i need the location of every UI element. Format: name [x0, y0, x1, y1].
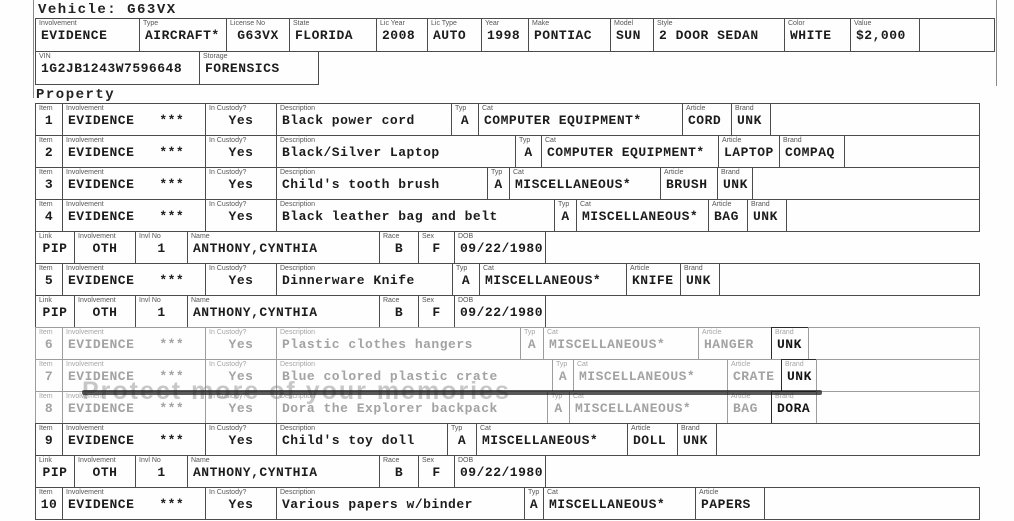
field-label-invl-no: Invl No — [136, 296, 187, 305]
field-involvement: InvolvementEVIDENCE *** — [62, 327, 206, 360]
field-label-involvement: Involvement — [63, 104, 205, 113]
field-style: Style2 DOOR SEDAN — [653, 18, 785, 52]
field-value-cat: MISCELLANEOUS* — [544, 497, 695, 513]
field-involvement: InvolvementEVIDENCE *** — [62, 263, 206, 296]
field-value-typ: A — [452, 113, 478, 129]
field-article: ArticleBAG — [708, 199, 748, 232]
item-row-5: Item5InvolvementEVIDENCE ***In Custody?Y… — [35, 263, 980, 296]
field-value-make: PONTIAC — [529, 28, 610, 44]
field-label-description: Description — [277, 136, 515, 145]
field-label-description: Description — [277, 424, 447, 433]
field-value-description: Plastic clothes hangers — [277, 337, 520, 353]
field-make: MakePONTIAC — [528, 18, 611, 52]
field-label-description: Description — [277, 264, 452, 273]
field-value-invl-no: 1 — [136, 241, 187, 257]
property-table: Item1InvolvementEVIDENCE ***In Custody?Y… — [35, 103, 980, 520]
field-label-article: Article — [699, 328, 771, 337]
field-brand: BrandUNK — [771, 327, 809, 360]
field-label-dob: DOB — [455, 296, 545, 305]
field-custody: In Custody?Yes — [205, 423, 277, 456]
field-value-year: 1998 — [482, 28, 528, 44]
field-label-vin: VIN — [36, 52, 199, 61]
field-invl-no: Invl No1 — [135, 295, 188, 328]
field-label-link: Link — [36, 296, 74, 305]
field-label-brand: Brand — [681, 264, 719, 273]
field-label-custody: In Custody? — [206, 360, 276, 369]
field-value-involvement: OTH — [75, 241, 135, 257]
field-brand: BrandUNK — [680, 263, 720, 296]
field-label-cat: Cat — [544, 488, 695, 497]
right-margin-line — [996, 0, 997, 86]
field-label-description: Description — [277, 168, 487, 177]
field-value-link: PIP — [36, 465, 74, 481]
item-row-4: Item4InvolvementEVIDENCE ***In Custody?Y… — [35, 199, 980, 232]
field-label-article: Article — [728, 360, 781, 369]
field-article: ArticleDOLL — [627, 423, 678, 456]
field-involvement: InvolvementOTH — [74, 295, 136, 328]
field-label-fill — [753, 168, 979, 177]
field-value-item: 3 — [36, 177, 62, 193]
field-item: Item9 — [35, 423, 63, 456]
field-value-typ: A — [525, 497, 543, 513]
field-label-typ: Typ — [525, 488, 543, 497]
field-label-cat: Cat — [479, 104, 682, 113]
field-color: ColorWHITE — [784, 18, 851, 52]
field-value-license-no: G63VX — [227, 28, 289, 44]
link-row-1: LinkPIPInvolvementOTHInvl No1NameANTHONY… — [35, 231, 980, 264]
field-cat: CatCOMPUTER EQUIPMENT* — [478, 103, 683, 136]
field-label-article: Article — [627, 264, 680, 273]
field-label-item: Item — [36, 168, 62, 177]
field-label-typ: Typ — [448, 424, 476, 433]
field-value-item: 1 — [36, 113, 62, 129]
field-item: Item1 — [35, 103, 63, 136]
field-label-fill — [765, 488, 979, 497]
field-involvement: InvolvementOTH — [74, 231, 136, 264]
field-value-article: CORD — [683, 113, 731, 129]
field-value-brand: UNK — [681, 273, 719, 289]
field-article: ArticleBRUSH — [660, 167, 718, 200]
field-fill — [844, 135, 980, 168]
item-row-1: Item1InvolvementEVIDENCE ***In Custody?Y… — [35, 103, 980, 136]
field-brand: BrandUNK — [731, 103, 771, 136]
field-value-involvement: EVIDENCE *** — [63, 145, 205, 161]
field-label-item: Item — [36, 104, 62, 113]
field-label-cat: Cat — [510, 168, 660, 177]
field-label-item: Item — [36, 200, 62, 209]
field-label-state: State — [290, 19, 376, 28]
field-value-brand: UNK — [732, 113, 770, 129]
field-dob: DOB09/22/1980 — [454, 295, 546, 328]
field-label-model: Model — [611, 19, 653, 28]
field-year: Year1998 — [481, 18, 529, 52]
field-value-involvement: EVIDENCE *** — [63, 177, 205, 193]
field-fill — [719, 263, 980, 296]
field-label-storage: Storage — [200, 52, 318, 61]
field-value-cat: COMPUTER EQUIPMENT* — [479, 113, 682, 129]
field-label-involvement: Involvement — [75, 296, 135, 305]
field-label-typ: Typ — [453, 264, 479, 273]
field-brand: BrandUNK — [747, 199, 787, 232]
field-value-name: ANTHONY,CYNTHIA — [188, 305, 379, 321]
field-value-item: 8 — [36, 401, 62, 417]
field-label-article: Article — [628, 424, 677, 433]
field-label-custody: In Custody? — [206, 200, 276, 209]
field-label-involvement: Involvement — [63, 328, 205, 337]
field-value-involvement: EVIDENCE — [36, 28, 139, 44]
item-row-10: Item10InvolvementEVIDENCE ***In Custody?… — [35, 487, 980, 520]
field-label-cat: Cat — [477, 424, 627, 433]
field-value-involvement: EVIDENCE *** — [63, 113, 205, 129]
row-spacer — [546, 295, 980, 328]
field-dob: DOB09/22/1980 — [454, 455, 546, 488]
field-item: Item5 — [35, 263, 63, 296]
field-label-typ: Typ — [516, 136, 541, 145]
field-description: DescriptionChild's toy doll — [276, 423, 448, 456]
field-value-description: Child's tooth brush — [277, 177, 487, 193]
field-value-article: LAPTOP — [719, 145, 779, 161]
field-involvement: InvolvementOTH — [74, 455, 136, 488]
field-value-item: 6 — [36, 337, 62, 353]
field-typ: TypA — [452, 263, 480, 296]
field-typ: TypA — [487, 167, 510, 200]
field-label-fill — [717, 424, 979, 433]
field-value-brand: UNK — [718, 177, 752, 193]
field-label-race: Race — [380, 232, 418, 241]
field-race: RaceB — [379, 231, 419, 264]
field-fill — [919, 18, 995, 52]
field-item: Item3 — [35, 167, 63, 200]
field-label-involvement: Involvement — [63, 360, 205, 369]
field-value-involvement: OTH — [75, 305, 135, 321]
field-brand: BrandCOMPAQ — [779, 135, 845, 168]
field-label-color: Color — [785, 19, 850, 28]
field-value-lic-year: 2008 — [377, 28, 427, 44]
field-label-article: Article — [709, 200, 747, 209]
field-label-fill — [817, 360, 979, 369]
field-description: DescriptionPlastic clothes hangers — [276, 327, 521, 360]
field-value-custody: Yes — [206, 433, 276, 449]
field-label-year: Year — [482, 19, 528, 28]
field-value-type: AIRCRAFT* — [140, 28, 226, 44]
row-spacer — [546, 231, 980, 264]
row-spacer — [319, 51, 995, 85]
field-label-fill — [809, 328, 979, 337]
field-value-color: WHITE — [785, 28, 850, 44]
field-label-item: Item — [36, 392, 62, 401]
field-value-item: 4 — [36, 209, 62, 225]
field-fill — [770, 103, 980, 136]
field-label-link: Link — [36, 232, 74, 241]
field-typ: TypA — [451, 103, 479, 136]
field-label-involvement: Involvement — [36, 19, 139, 28]
field-sex: SexF — [418, 231, 455, 264]
field-label-cat: Cat — [577, 200, 708, 209]
field-value-sex: F — [419, 241, 454, 257]
field-label-brand: Brand — [782, 360, 816, 369]
field-lic-year: Lic Year2008 — [376, 18, 428, 52]
field-label-license-no: License No — [227, 19, 289, 28]
field-state: StateFLORIDA — [289, 18, 377, 52]
field-brand: BrandUNK — [717, 167, 753, 200]
field-label-involvement: Involvement — [75, 456, 135, 465]
field-article: ArticlePAPERS — [695, 487, 765, 520]
field-value-race: B — [380, 305, 418, 321]
item-row-9: Item9InvolvementEVIDENCE ***In Custody?Y… — [35, 423, 980, 456]
field-custody: In Custody?Yes — [205, 167, 277, 200]
vehicle-row-vin: VIN1G2JB1243W7596648StorageFORENSICS — [35, 51, 995, 85]
field-value-custody: Yes — [206, 177, 276, 193]
left-margin-line — [33, 0, 34, 98]
field-value-involvement: EVIDENCE *** — [63, 337, 205, 353]
field-value-item: 5 — [36, 273, 62, 289]
field-value-description: Black power cord — [277, 113, 451, 129]
item-row-6: Item6InvolvementEVIDENCE ***In Custody?Y… — [35, 327, 980, 360]
vehicle-table: InvolvementEVIDENCETypeAIRCRAFT*License … — [35, 18, 995, 85]
field-label-typ: Typ — [553, 360, 573, 369]
field-value-article: HANGER — [699, 337, 771, 353]
field-label-cat: Cat — [542, 136, 718, 145]
field-label-item: Item — [36, 488, 62, 497]
scanned-evidence-report-page: Vehicle: G63VX InvolvementEVIDENCETypeAI… — [0, 0, 1014, 521]
field-item: Item6 — [35, 327, 63, 360]
item-row-2: Item2InvolvementEVIDENCE ***In Custody?Y… — [35, 135, 980, 168]
field-typ: TypA — [520, 327, 544, 360]
field-value-dob: 09/22/1980 — [455, 465, 545, 481]
field-value-typ: A — [488, 177, 509, 193]
field-name: NameANTHONY,CYNTHIA — [187, 295, 380, 328]
field-value-brand: UNK — [678, 433, 716, 449]
field-value-lic-type: AUTO — [428, 28, 481, 44]
field-item: Item8 — [35, 391, 63, 424]
field-label-sex: Sex — [419, 232, 454, 241]
field-sex: SexF — [418, 455, 455, 488]
field-label-name: Name — [188, 232, 379, 241]
field-value-dob: 09/22/1980 — [455, 241, 545, 257]
field-label-custody: In Custody? — [206, 488, 276, 497]
field-value-description: Child's toy doll — [277, 433, 447, 449]
field-value-involvement: EVIDENCE *** — [63, 209, 205, 225]
field-value-article: DOLL — [628, 433, 677, 449]
field-value-item: 7 — [36, 369, 62, 385]
photobucket-watermark: Protect more of your memories — [82, 377, 892, 406]
field-value-involvement: OTH — [75, 465, 135, 481]
field-label-custody: In Custody? — [206, 136, 276, 145]
field-label-brand: Brand — [718, 168, 752, 177]
field-vin: VIN1G2JB1243W7596648 — [35, 51, 200, 85]
field-value-dob: 09/22/1980 — [455, 305, 545, 321]
field-value-style: 2 DOOR SEDAN — [654, 28, 784, 44]
field-label-make: Make — [529, 19, 610, 28]
field-description: DescriptionBlack leather bag and belt — [276, 199, 555, 232]
property-section-title: Property — [36, 87, 115, 103]
field-label-race: Race — [380, 456, 418, 465]
field-label-custody: In Custody? — [206, 264, 276, 273]
field-value-value: $2,000 — [851, 28, 919, 44]
field-value-cat: COMPUTER EQUIPMENT* — [542, 145, 718, 161]
field-description: DescriptionChild's tooth brush — [276, 167, 488, 200]
field-value-description: Black leather bag and belt — [277, 209, 554, 225]
field-custody: In Custody?Yes — [205, 263, 277, 296]
field-description: DescriptionDinnerware Knife — [276, 263, 453, 296]
field-invl-no: Invl No1 — [135, 231, 188, 264]
field-article: ArticleCORD — [682, 103, 732, 136]
link-row-3: LinkPIPInvolvementOTHInvl No1NameANTHONY… — [35, 455, 980, 488]
field-label-type: Type — [140, 19, 226, 28]
field-value-typ: A — [516, 145, 541, 161]
field-label-involvement: Involvement — [75, 232, 135, 241]
field-cat: CatCOMPUTER EQUIPMENT* — [541, 135, 719, 168]
vehicle-row-main: InvolvementEVIDENCETypeAIRCRAFT*License … — [35, 18, 995, 52]
field-dob: DOB09/22/1980 — [454, 231, 546, 264]
field-value-cat: MISCELLANEOUS* — [544, 337, 698, 353]
field-race: RaceB — [379, 455, 419, 488]
field-cat: CatMISCELLANEOUS* — [576, 199, 709, 232]
field-label-article: Article — [661, 168, 717, 177]
field-cat: CatMISCELLANEOUS* — [543, 487, 696, 520]
field-value-involvement: EVIDENCE *** — [63, 273, 205, 289]
field-label-typ: Typ — [555, 200, 576, 209]
field-value-description: Various papers w/binder — [277, 497, 524, 513]
field-value-item: 2 — [36, 145, 62, 161]
field-item: Item2 — [35, 135, 63, 168]
field-label-description: Description — [277, 200, 554, 209]
field-value-custody: Yes — [206, 113, 276, 129]
field-label-involvement: Involvement — [63, 424, 205, 433]
field-custody: In Custody?Yes — [205, 199, 277, 232]
field-cat: CatMISCELLANEOUS* — [476, 423, 628, 456]
field-custody: In Custody?Yes — [205, 135, 277, 168]
field-label-custody: In Custody? — [206, 104, 276, 113]
item-row-3: Item3InvolvementEVIDENCE ***In Custody?Y… — [35, 167, 980, 200]
field-value-article: KNIFE — [627, 273, 680, 289]
field-value-brand: COMPAQ — [780, 145, 844, 161]
field-value-brand: UNK — [772, 337, 808, 353]
field-label-dob: DOB — [455, 232, 545, 241]
field-value-involvement: EVIDENCE *** — [63, 433, 205, 449]
field-value-race: B — [380, 465, 418, 481]
field-typ: TypA — [524, 487, 544, 520]
field-label-custody: In Custody? — [206, 424, 276, 433]
field-label-item: Item — [36, 360, 62, 369]
field-label-brand: Brand — [748, 200, 786, 209]
field-value-custody: Yes — [206, 497, 276, 513]
field-label-link: Link — [36, 456, 74, 465]
field-article: ArticleLAPTOP — [718, 135, 780, 168]
field-value-article: PAPERS — [696, 497, 764, 513]
field-description: DescriptionBlack/Silver Laptop — [276, 135, 516, 168]
field-value-cat: MISCELLANEOUS* — [510, 177, 660, 193]
field-fill — [716, 423, 980, 456]
field-label-value: Value — [851, 19, 919, 28]
field-value-model: SUN — [611, 28, 653, 44]
field-value-cat: MISCELLANEOUS* — [480, 273, 626, 289]
field-label-cat: Cat — [574, 360, 727, 369]
field-involvement: InvolvementEVIDENCE *** — [62, 487, 206, 520]
field-label-article: Article — [696, 488, 764, 497]
field-label-fill — [720, 264, 979, 273]
field-value-sex: F — [419, 465, 454, 481]
field-label-involvement: Involvement — [63, 200, 205, 209]
field-value-brand: UNK — [748, 209, 786, 225]
field-label-style: Style — [654, 19, 784, 28]
field-item: Item7 — [35, 359, 63, 392]
field-lic-type: Lic TypeAUTO — [427, 18, 482, 52]
field-label-fill — [845, 136, 979, 145]
field-value: Value$2,000 — [850, 18, 920, 52]
field-label-involvement: Involvement — [63, 488, 205, 497]
field-fill — [786, 199, 980, 232]
field-label-typ: Typ — [452, 104, 478, 113]
field-storage: StorageFORENSICS — [199, 51, 319, 85]
field-value-article: BAG — [709, 209, 747, 225]
field-label-name: Name — [188, 456, 379, 465]
field-value-cat: MISCELLANEOUS* — [477, 433, 627, 449]
field-label-sex: Sex — [419, 296, 454, 305]
field-value-name: ANTHONY,CYNTHIA — [188, 241, 379, 257]
field-label-race: Race — [380, 296, 418, 305]
field-brand: BrandUNK — [677, 423, 717, 456]
field-involvement: InvolvementEVIDENCE *** — [62, 199, 206, 232]
field-custody: In Custody?Yes — [205, 487, 277, 520]
field-label-cat: Cat — [480, 264, 626, 273]
field-model: ModelSUN — [610, 18, 654, 52]
field-label-fill — [787, 200, 979, 209]
link-row-2: LinkPIPInvolvementOTHInvl No1NameANTHONY… — [35, 295, 980, 328]
field-label-article: Article — [719, 136, 779, 145]
field-value-typ: A — [448, 433, 476, 449]
field-link: LinkPIP — [35, 231, 75, 264]
field-label-fill — [920, 19, 994, 28]
field-value-sex: F — [419, 305, 454, 321]
field-value-description: Black/Silver Laptop — [277, 145, 515, 161]
field-value-typ: A — [555, 209, 576, 225]
field-value-link: PIP — [36, 305, 74, 321]
field-label-item: Item — [36, 424, 62, 433]
field-involvement: InvolvementEVIDENCE *** — [62, 103, 206, 136]
field-label-custody: In Custody? — [206, 328, 276, 337]
field-article: ArticleHANGER — [698, 327, 772, 360]
field-custody: In Custody?Yes — [205, 103, 277, 136]
field-value-custody: Yes — [206, 273, 276, 289]
field-fill — [808, 327, 980, 360]
field-label-description: Description — [277, 360, 552, 369]
field-cat: CatMISCELLANEOUS* — [479, 263, 627, 296]
field-label-item: Item — [36, 328, 62, 337]
field-label-brand: Brand — [678, 424, 716, 433]
field-value-cat: MISCELLANEOUS* — [577, 209, 708, 225]
field-value-description: Dinnerware Knife — [277, 273, 452, 289]
field-label-typ: Typ — [521, 328, 543, 337]
field-value-item: 9 — [36, 433, 62, 449]
field-cat: CatMISCELLANEOUS* — [543, 327, 699, 360]
field-value-vin: 1G2JB1243W7596648 — [36, 61, 199, 77]
field-item: Item10 — [35, 487, 63, 520]
field-value-link: PIP — [36, 241, 74, 257]
field-article: ArticleKNIFE — [626, 263, 681, 296]
field-name: NameANTHONY,CYNTHIA — [187, 231, 380, 264]
field-label-lic-type: Lic Type — [428, 19, 481, 28]
field-value-state: FLORIDA — [290, 28, 376, 44]
field-value-race: B — [380, 241, 418, 257]
row-spacer — [546, 455, 980, 488]
field-label-description: Description — [277, 328, 520, 337]
field-label-lic-year: Lic Year — [377, 19, 427, 28]
field-type: TypeAIRCRAFT* — [139, 18, 227, 52]
field-invl-no: Invl No1 — [135, 455, 188, 488]
field-label-custody: In Custody? — [206, 168, 276, 177]
field-typ: TypA — [554, 199, 577, 232]
